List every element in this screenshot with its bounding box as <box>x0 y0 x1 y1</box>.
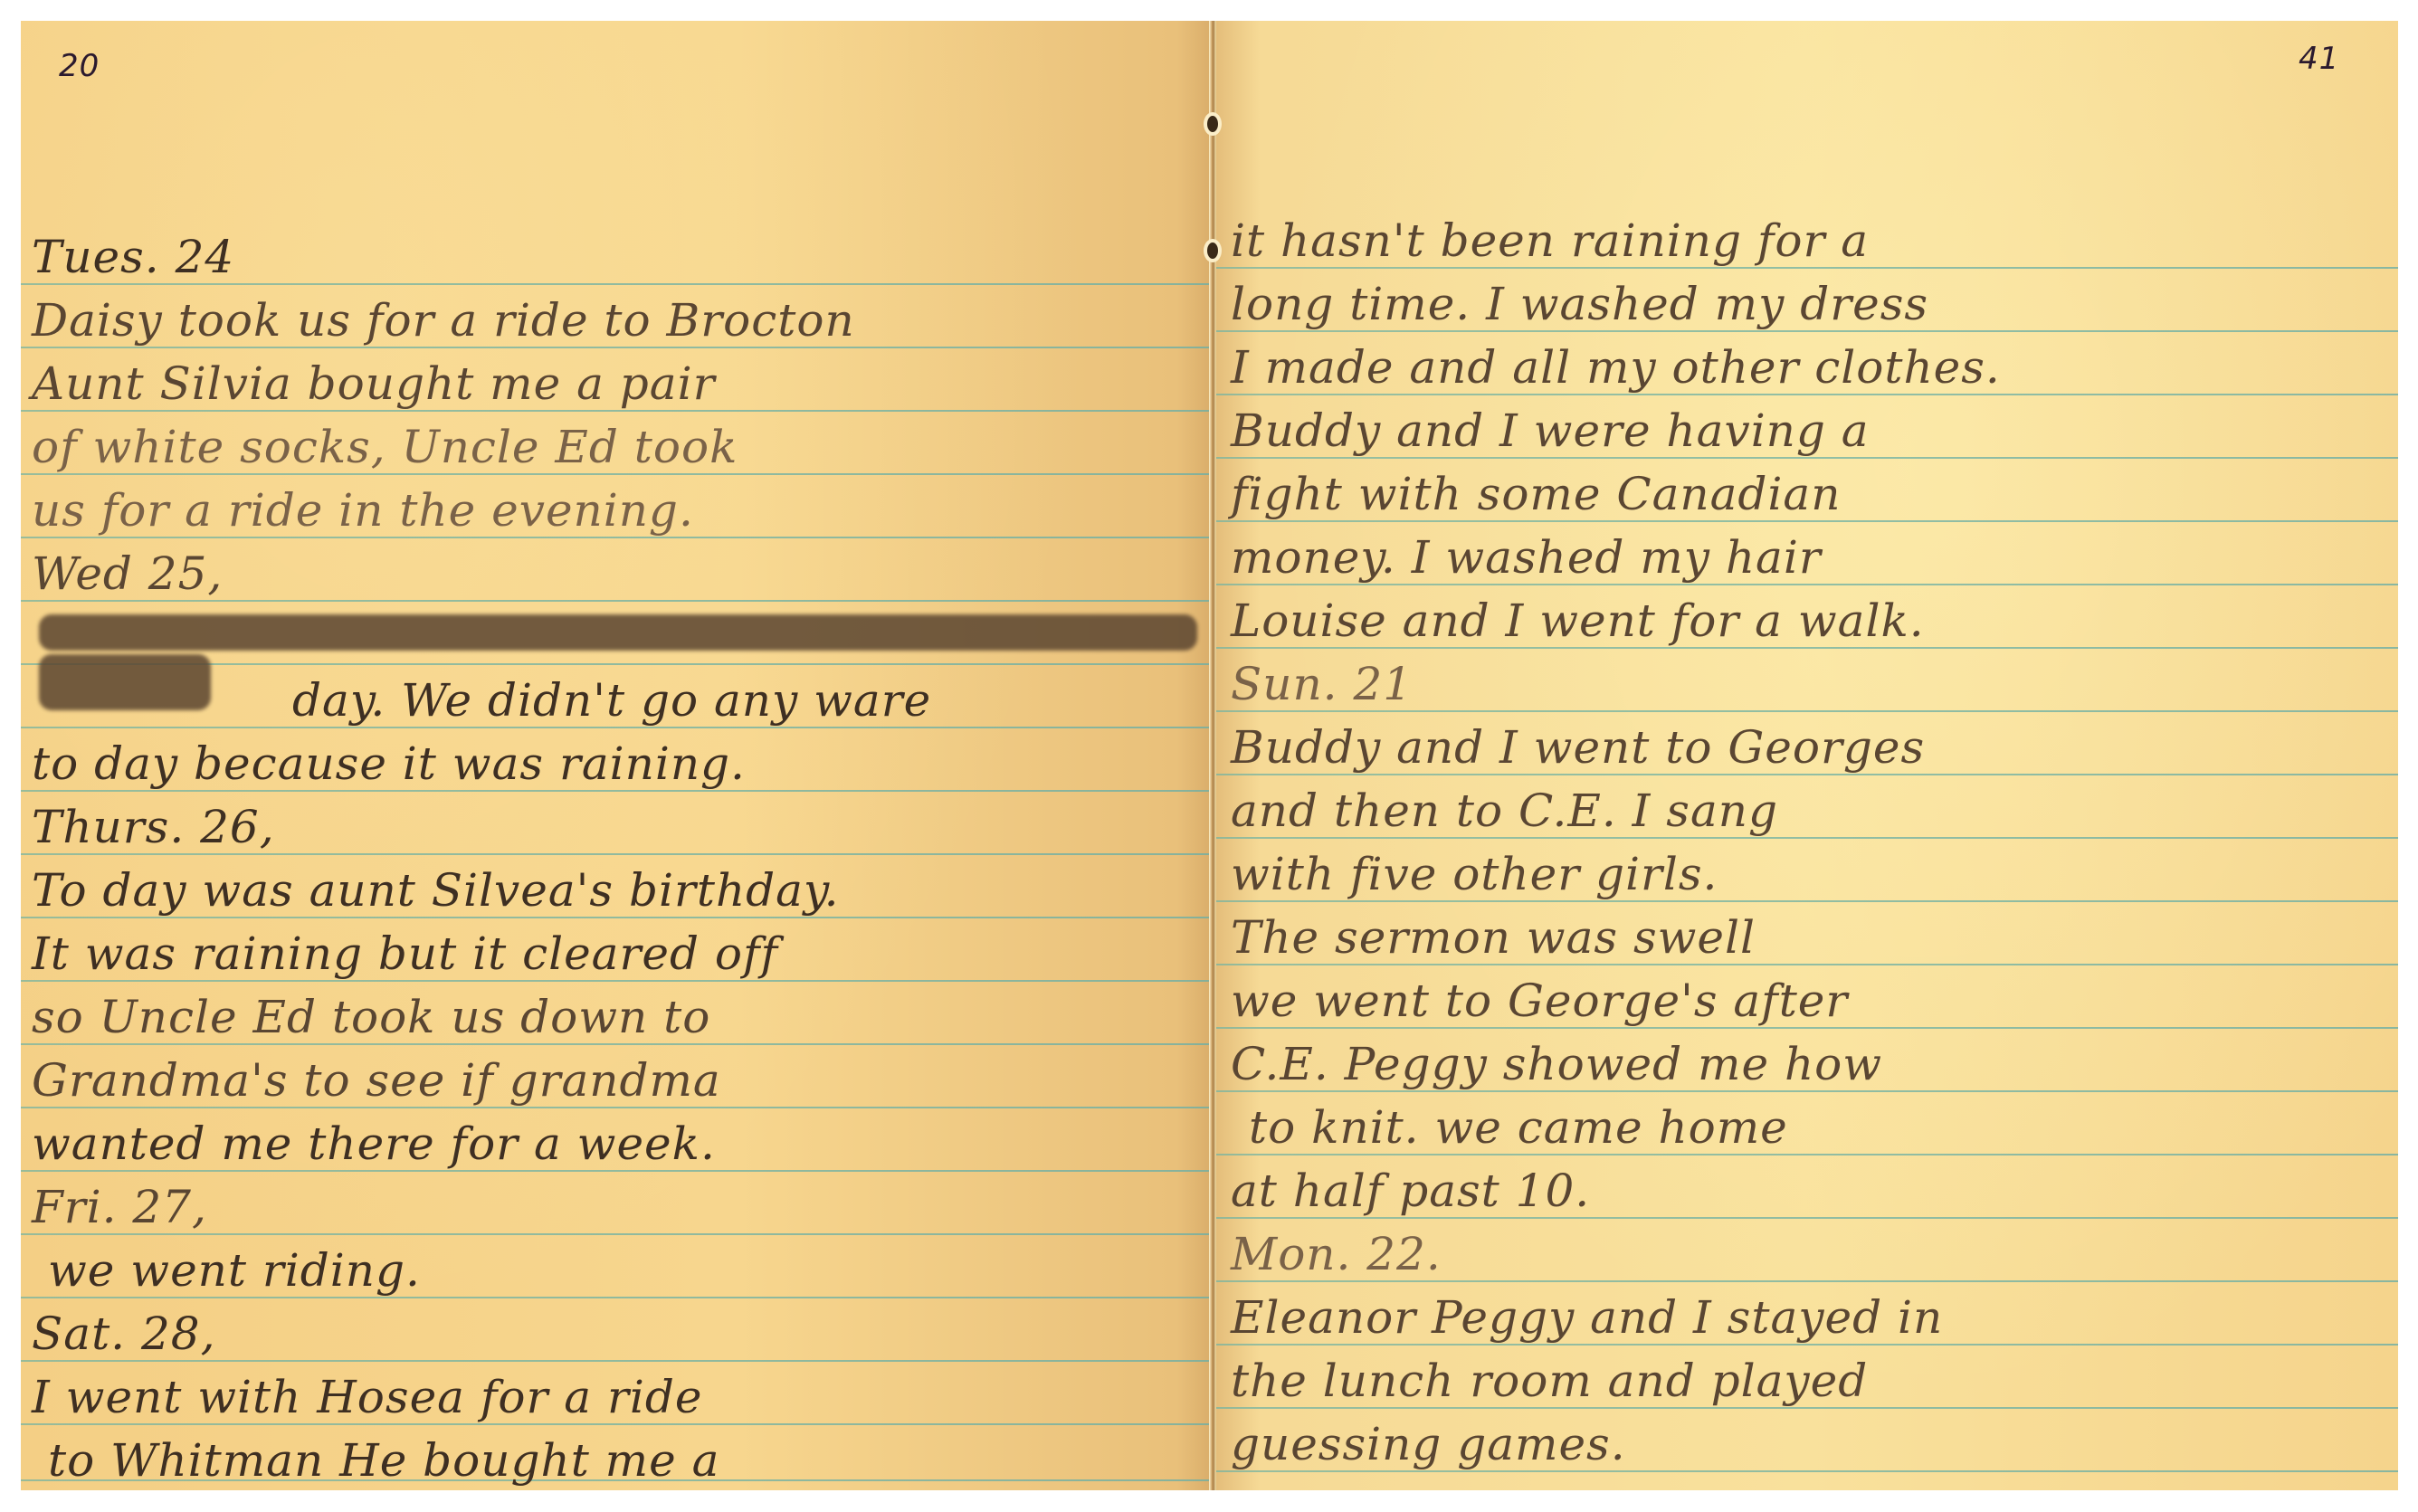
entry-line: day. We didn't go any ware <box>292 669 931 732</box>
right-page: 41 it hasn't been raining for a long tim… <box>1213 21 2398 1490</box>
entry-line: of white socks, Uncle Ed took <box>32 415 738 479</box>
entry-line: we went to George's after <box>1231 969 1848 1032</box>
entry-line: I made and all my other clothes. <box>1231 336 2001 399</box>
entry-line: so Uncle Ed took us down to <box>32 985 710 1049</box>
entry-date: Tues. 24 <box>32 225 234 289</box>
entry-line: Daisy took us for a ride to Brocton <box>32 289 855 352</box>
entry-date: Mon. 22. <box>1231 1222 1442 1286</box>
entry-line: Eleanor Peggy and I stayed in <box>1231 1286 1943 1349</box>
entry-line: fight with some Canadian <box>1231 462 1841 526</box>
entry-date: Sat. 28, <box>32 1302 215 1365</box>
entry-line: I went with Hosea for a ride <box>32 1365 702 1429</box>
entry-line: guessing games. <box>1231 1412 1626 1476</box>
entry-line: Grandma's to see if grandma <box>32 1049 721 1112</box>
diary-sheet: 20 Tues. 24 Daisy took us for a ride to … <box>21 21 2398 1490</box>
crossed-out-text <box>39 654 211 710</box>
entry-line: the lunch room and played <box>1231 1349 1868 1412</box>
binding-hole <box>1207 116 1218 132</box>
entry-line: to knit. we came home <box>1249 1096 1788 1159</box>
entry-line: C.E. Peggy showed me how <box>1231 1032 1882 1096</box>
entry-line: money. I washed my hair <box>1231 526 1822 589</box>
entry-line: Buddy and I were having a <box>1231 399 1870 462</box>
page-number-right: 41 <box>2299 41 2339 77</box>
entry-date: Wed 25, <box>32 542 223 605</box>
entry-date: Thurs. 26, <box>32 795 275 859</box>
crossed-out-text <box>39 614 1197 651</box>
entry-line: To day was aunt Silvea's birthday. <box>32 859 839 922</box>
entry-line: wanted me there for a week. <box>32 1112 716 1175</box>
entry-line: long time. I washed my dress <box>1231 272 1928 336</box>
binding-hole <box>1207 242 1218 259</box>
entry-line: Buddy and I went to Georges <box>1231 716 1925 779</box>
entry-line: and then to C.E. I sang <box>1231 779 1778 842</box>
entry-line: to Whitman He bought me a <box>48 1429 719 1490</box>
page-number-left: 20 <box>59 48 100 84</box>
left-page: 20 Tues. 24 Daisy took us for a ride to … <box>21 21 1213 1490</box>
entry-date: Sun. 21 <box>1231 652 1413 716</box>
entry-line: we went riding. <box>48 1239 421 1302</box>
page-fold <box>1209 21 1216 1490</box>
entry-line: at half past 10. <box>1231 1159 1590 1222</box>
entry-line: Louise and I went for a walk. <box>1231 589 1925 652</box>
entry-line: The sermon was swell <box>1231 906 1756 969</box>
entry-line: It was raining but it cleared off <box>32 922 778 985</box>
entry-line: it hasn't been raining for a <box>1231 209 1869 272</box>
entry-line: with five other girls. <box>1231 842 1718 906</box>
entry-date: Fri. 27, <box>32 1175 207 1239</box>
entry-line: Aunt Silvia bought me a pair <box>32 352 716 415</box>
entry-line: us for a ride in the evening. <box>32 479 694 542</box>
entry-line: to day because it was raining. <box>32 732 746 795</box>
